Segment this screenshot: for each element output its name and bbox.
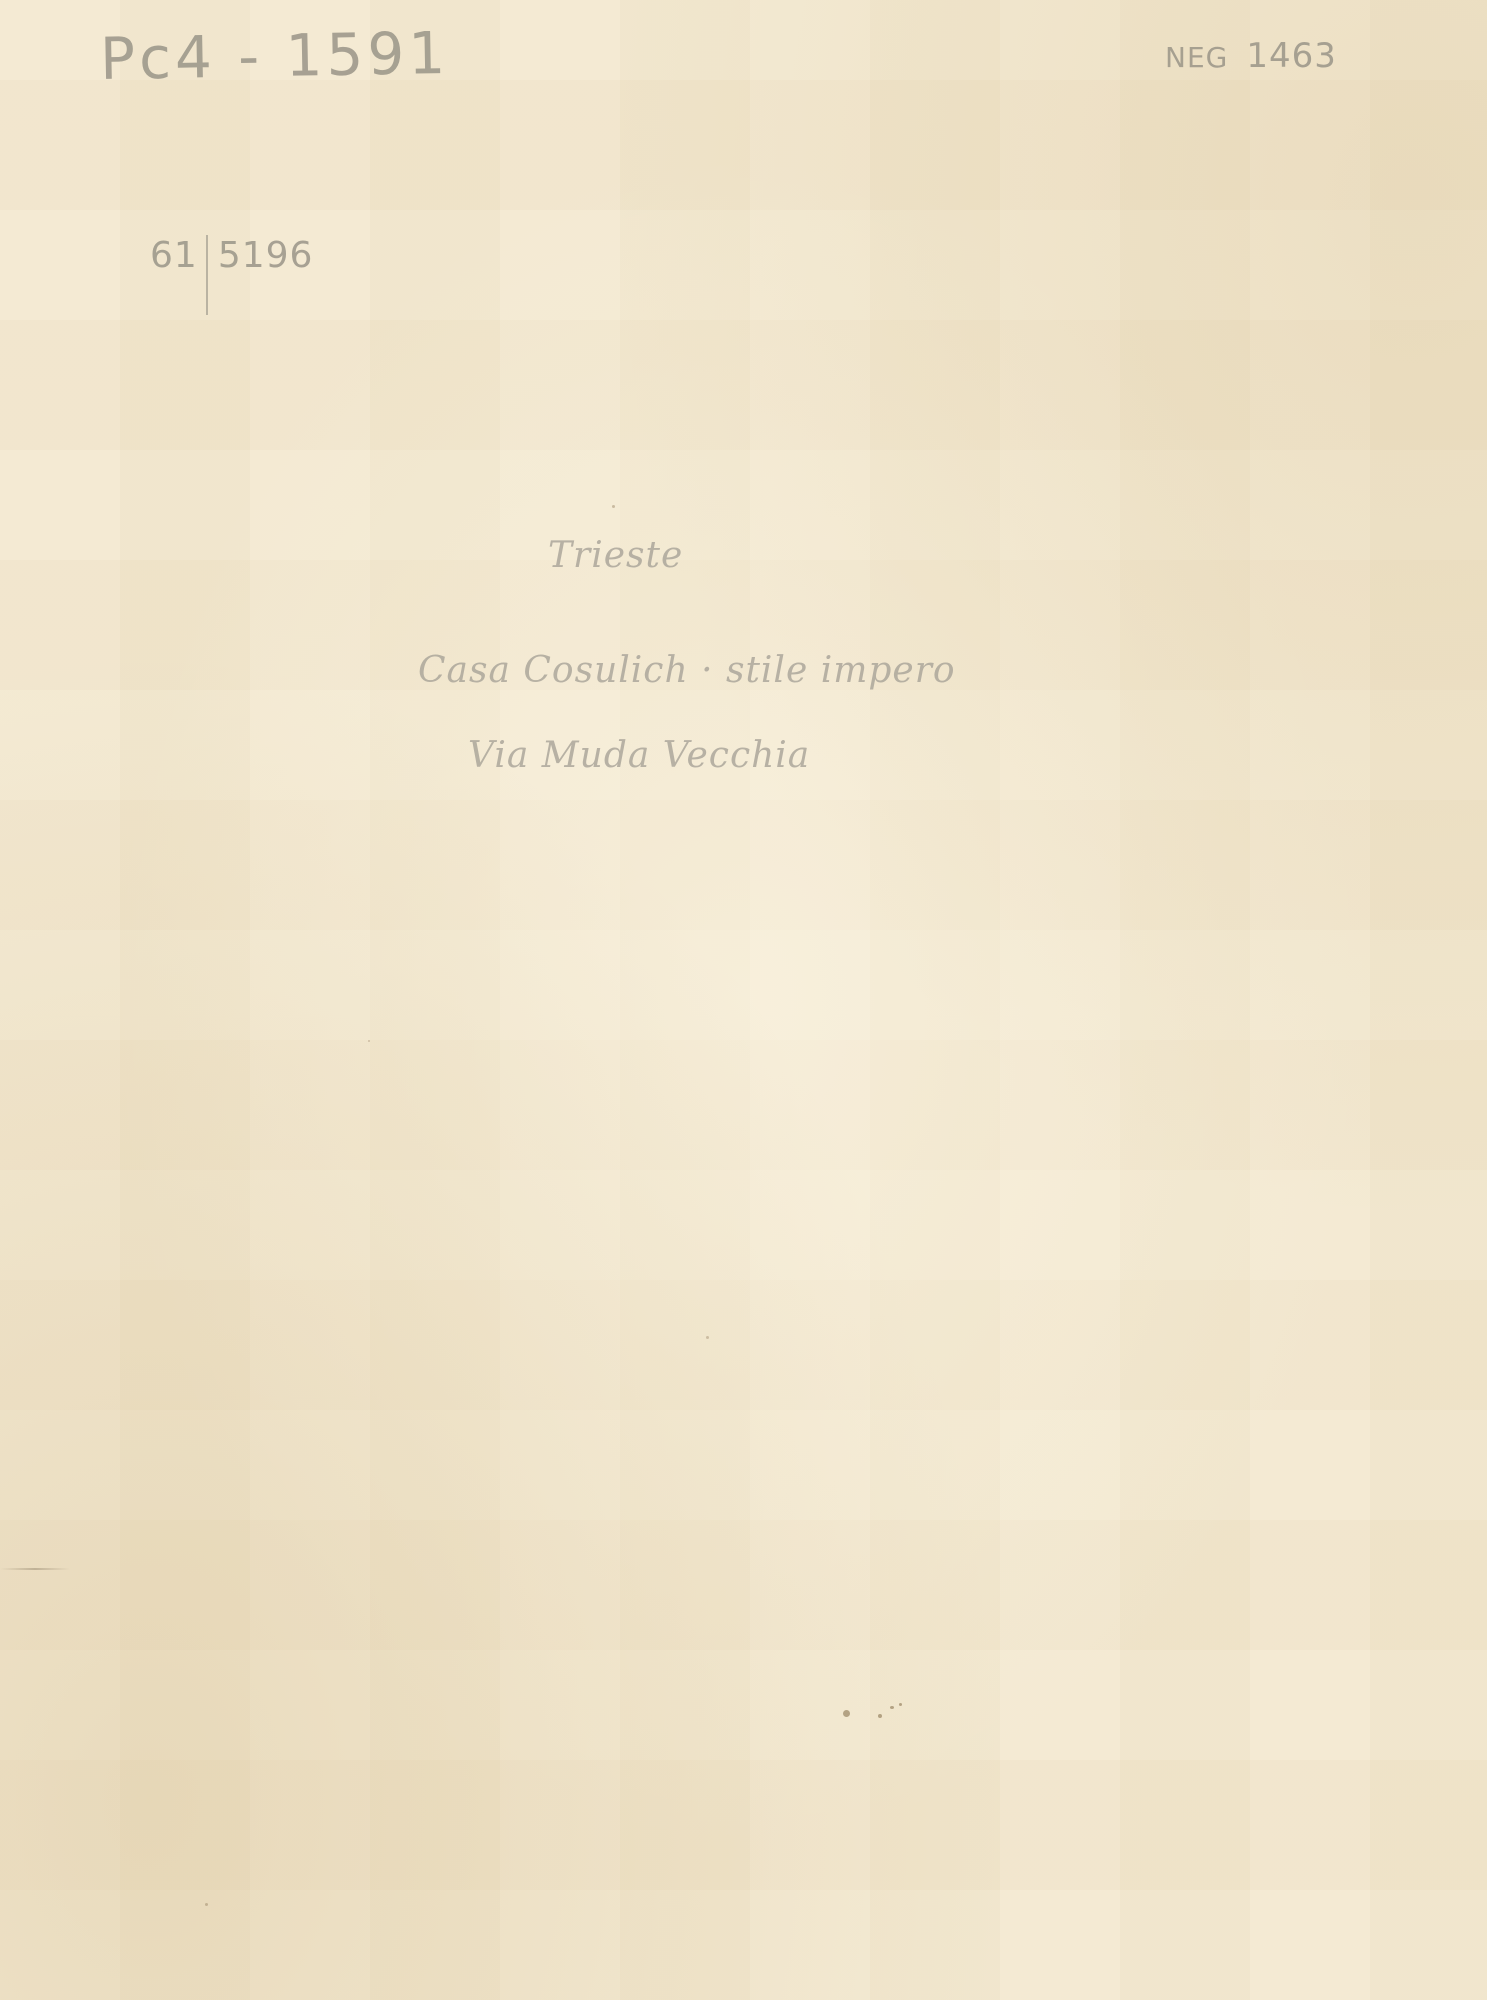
paper-speck [878,1714,882,1718]
negative-label: NEG [1165,41,1228,74]
paper-speck [843,1710,850,1717]
paper-speck [890,1706,894,1709]
caption-city: Trieste [548,535,683,576]
caption-street: Via Muda Vecchia [468,735,810,776]
negative-number: NEG1463 [1165,36,1337,76]
inventory-divider [206,235,208,315]
inventory-left: 61 [150,235,198,276]
paper-speck [368,1040,370,1042]
inventory-number: 61 5196 [150,235,313,315]
caption-building: Casa Cosulich · stile impero [418,650,956,691]
paper-speck [706,1336,709,1339]
archive-code: Pc4 - 1591 [99,19,449,93]
paper-speck [899,1703,902,1706]
negative-value: 1463 [1246,36,1337,76]
inventory-right: 5196 [218,235,314,276]
paper-speck [205,1903,208,1906]
paper-speck [612,505,615,508]
paper-crease [0,1568,70,1570]
